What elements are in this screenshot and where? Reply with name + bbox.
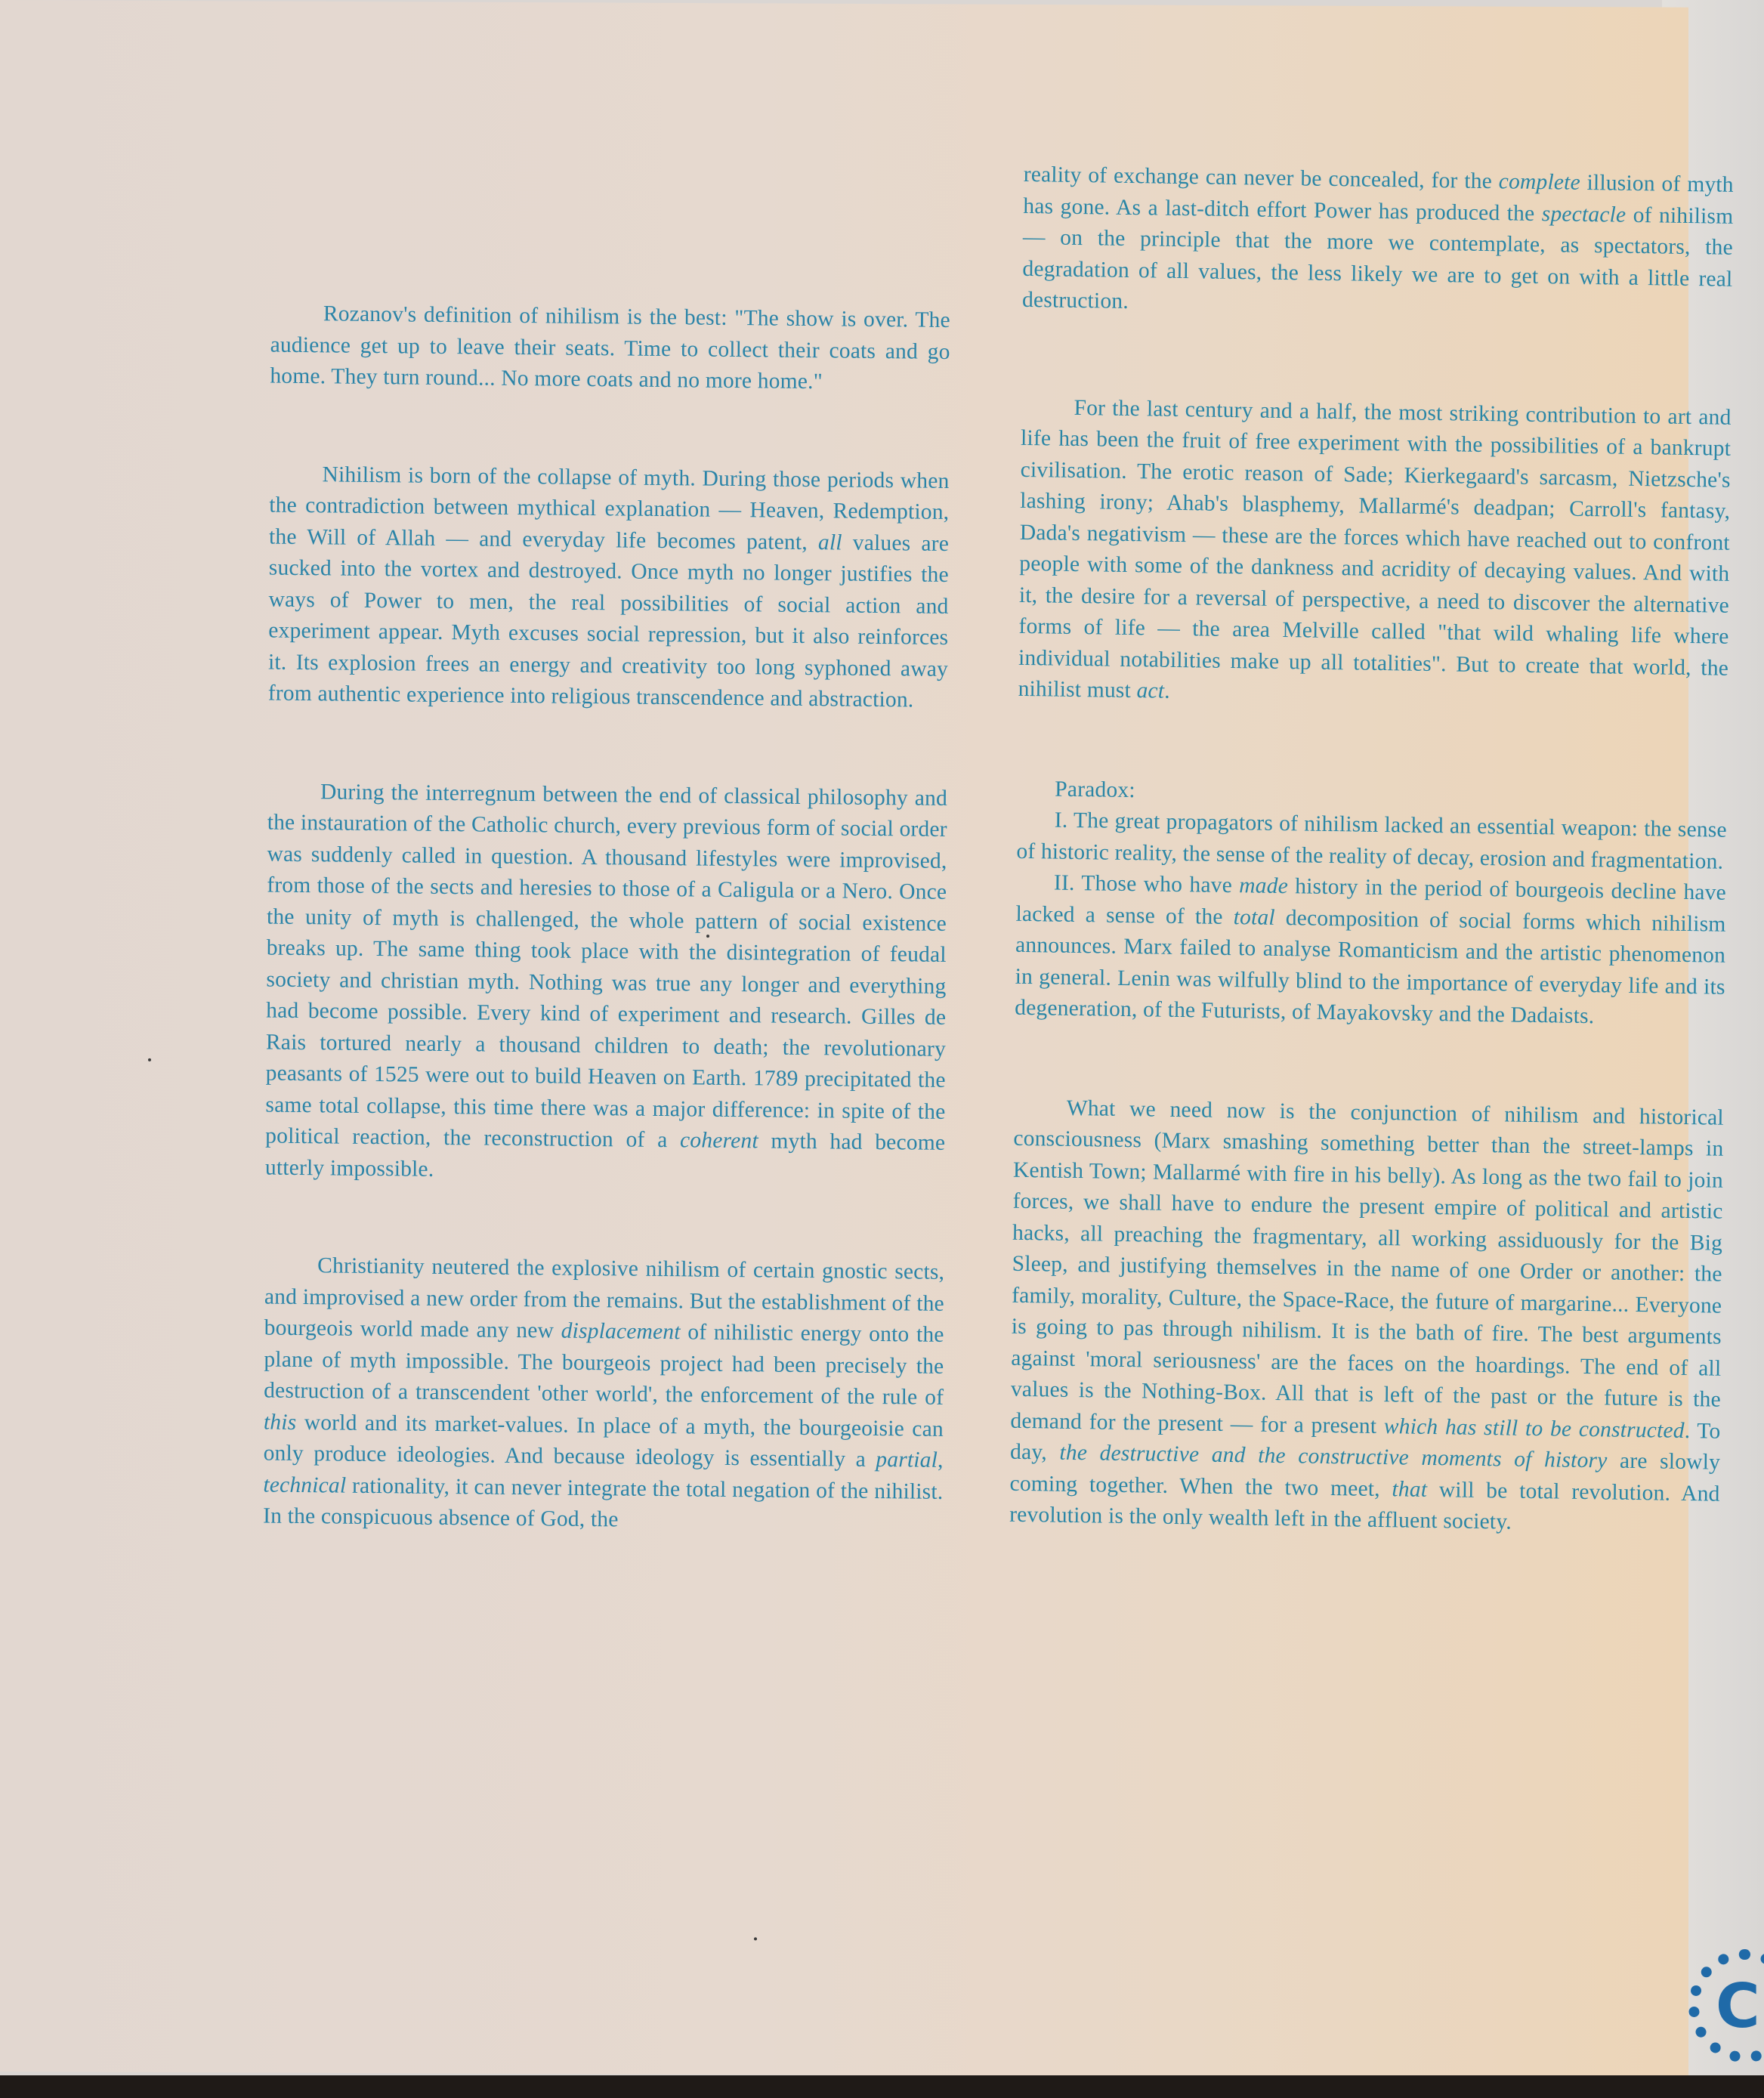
paragraph-collapse-of-myth: Nihilism is born of the collapse of myth… [268,459,950,716]
paragraph-text: world and its market-values. In place of… [264,1410,944,1472]
paragraph-text: values are sucked into the vortex and de… [268,530,949,712]
paragraph-interregnum: During the interregnum between the end o… [265,776,947,1191]
emphasis-text: all [818,530,842,555]
paper-speck [706,935,709,938]
paragraph-christianity: Christianity neutered the explosive nihi… [263,1250,944,1540]
paradox-item-1: I. The great propagators of nihilism lac… [1016,805,1727,878]
emphasis-text: displacement [561,1319,681,1345]
emphasis-text: the destructive and the constructive mom… [1059,1441,1607,1473]
emphasis-text: act [1136,678,1164,703]
spacer [264,1184,945,1257]
emphasis-text: this [264,1410,297,1434]
emphasis-text: which has still to be constructed [1384,1414,1685,1443]
spacer [1021,316,1732,402]
paragraph-text: Rozanov's definition of nihilism is the … [270,301,950,394]
paradox-item-2: II. Those who have made history in the p… [1015,867,1726,1034]
emphasis-text: coherent [680,1128,758,1153]
emphasis-text: made [1239,873,1288,898]
emphasis-text: complete [1499,169,1580,195]
paragraph-text: . [1164,679,1170,703]
left-column: Rozanov's definition of nihilism is the … [263,298,950,1540]
spacer [267,709,948,783]
paragraph-text: rationality, it can never integrate the … [263,1473,943,1531]
background-edge [0,2075,1764,2098]
emphasis-text: total [1234,905,1275,930]
emphasis-text: that [1392,1477,1427,1502]
paragraph-rozanov: Rozanov's definition of nihilism is the … [270,298,950,400]
paragraph-century-and-a-half: For the last century and a half, the mos… [1018,391,1731,715]
document-page: Rozanov's definition of nihilism is the … [0,0,1688,2079]
paper-speck [148,1058,151,1061]
emphasis-text: technical [263,1472,346,1497]
emphasis-text: spectacle [1542,202,1627,227]
paragraph-text: II. Those who have [1054,871,1240,898]
spacer [270,392,950,465]
right-column: reality of exchange can never be conceal… [1009,159,1734,1541]
paragraph-continuation: reality of exchange can never be conceal… [1022,159,1734,326]
paragraph-text: For the last century and a half, the mos… [1018,395,1731,703]
paragraph-text: , [938,1448,944,1472]
spacer [1014,1024,1725,1102]
stamp-glyph: C [1716,1971,1760,2041]
paragraph-text: During the interregnum between the end o… [265,780,947,1152]
emphasis-text: partial [876,1448,938,1472]
paragraph-text: reality of exchange can never be conceal… [1024,162,1499,193]
paper-speck [754,1937,757,1940]
spacer [1017,705,1728,783]
paragraph-conclusion: What we need now is the conjunction of n… [1009,1092,1724,1541]
paragraph-text: What we need now is the conjunction of n… [1010,1095,1724,1438]
